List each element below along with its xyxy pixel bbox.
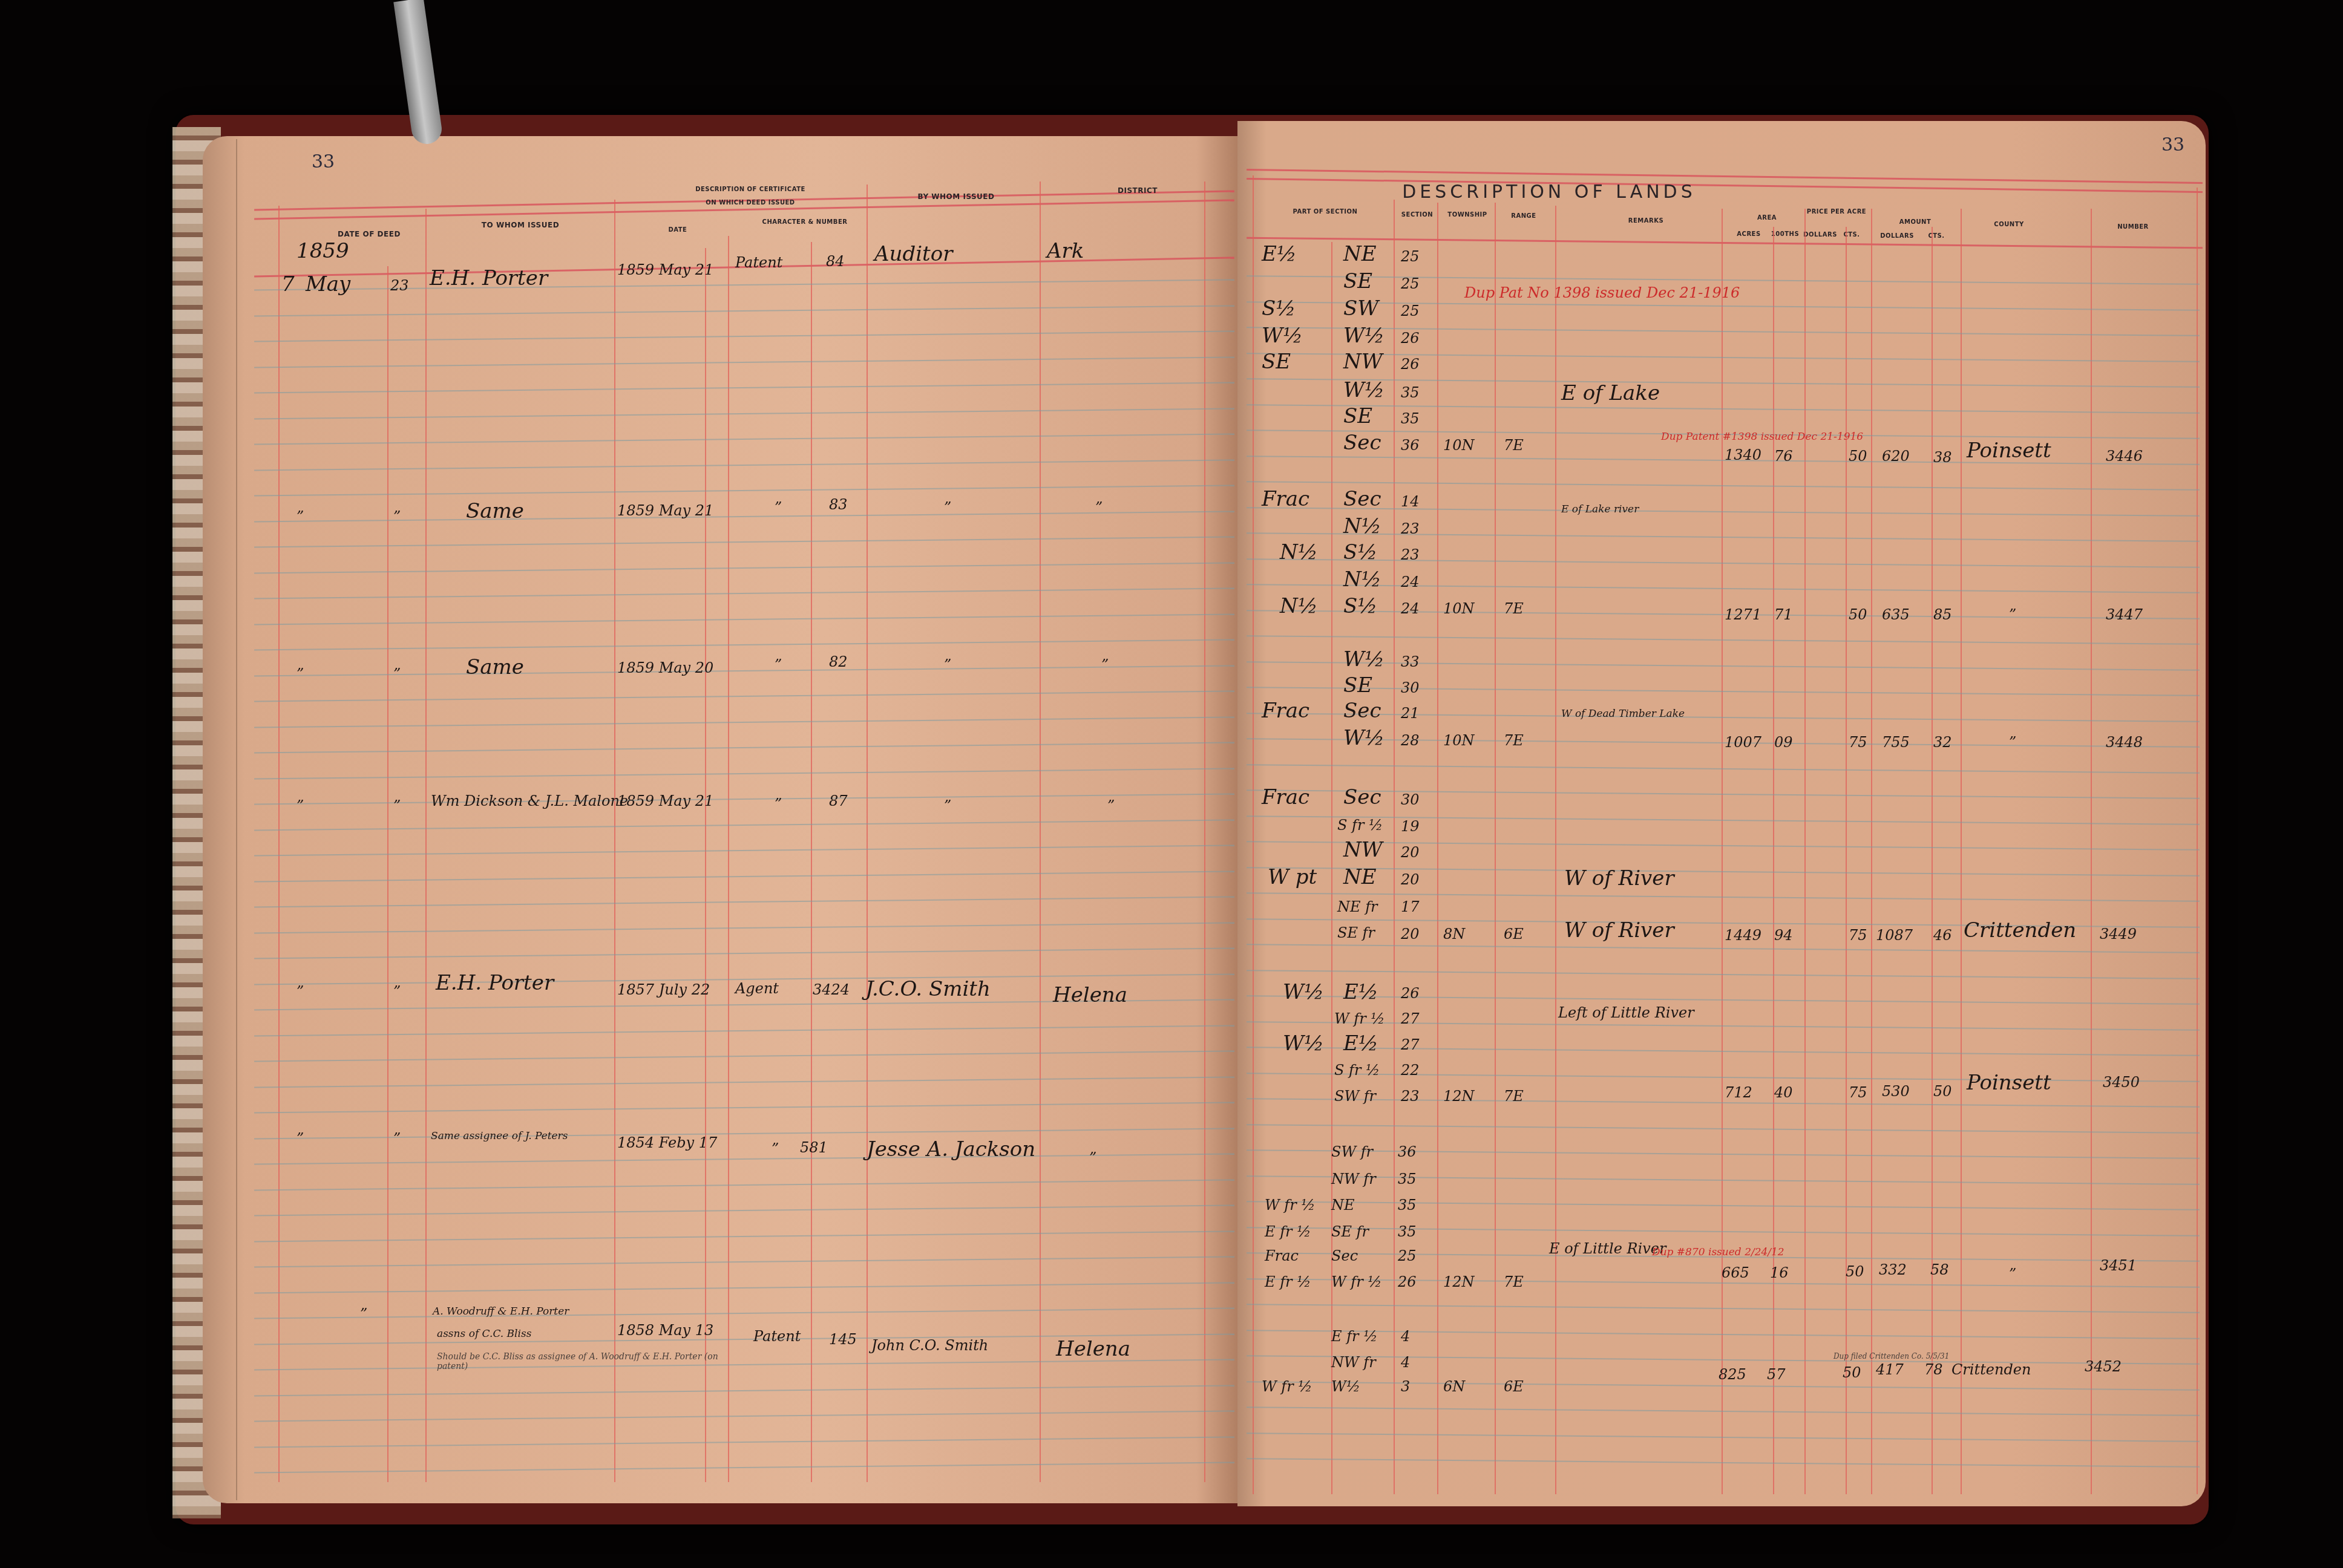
column-rule [1846, 227, 1847, 1494]
entry-to-whom: E.H. Porter [430, 266, 548, 290]
entry-month: ” [393, 1130, 401, 1147]
land-part2: SE [1343, 269, 1372, 293]
entry-cert-date: 1859 May 20 [617, 659, 713, 676]
entry-number: 3450 [2103, 1074, 2140, 1091]
entry-county: ” [2009, 1266, 2016, 1282]
entry-character: ” [775, 795, 782, 812]
column-rule [2197, 188, 2198, 1494]
column-rule [2091, 209, 2092, 1494]
column-rule [1040, 181, 1041, 1482]
header-township: Township [1443, 212, 1492, 218]
entry-district: ” [1107, 797, 1115, 814]
entry-remarks: W of River [1564, 866, 1674, 890]
entry-amount-dollars: 332 [1879, 1261, 1907, 1278]
entry-cert-date: 1854 Feby 17 [617, 1134, 717, 1151]
land-section: 24 [1401, 600, 1420, 617]
column-rule [387, 266, 388, 1482]
entry-acres: 1007 [1725, 734, 1761, 751]
header-cert-date: Date [641, 227, 714, 234]
entry-acres: 1271 [1725, 606, 1761, 623]
land-part1: Frac [1265, 1247, 1299, 1264]
entry-amount-cts: 58 [1930, 1261, 1949, 1278]
column-rule [1437, 203, 1438, 1494]
entry-county: Crittenden [1951, 1361, 2031, 1378]
land-part1: W½ [1262, 324, 1303, 348]
land-part1: Frac [1262, 699, 1309, 723]
header-by-whom-issued: By Whom Issued [890, 192, 1023, 201]
land-section: 14 [1401, 493, 1420, 510]
land-part2: NE [1343, 242, 1377, 266]
entry-hundredths: 71 [1774, 606, 1793, 623]
entry-number: 3449 [2100, 926, 2137, 942]
entry-district: Helena [1053, 983, 1127, 1007]
entry-margin: ” [297, 797, 304, 814]
entry-hundredths: 57 [1767, 1366, 1786, 1383]
land-township: 12N [1443, 1273, 1475, 1290]
column-rule [1773, 227, 1774, 1494]
entry-cert-number: 84 [826, 253, 845, 270]
land-part1: W½ [1283, 1031, 1324, 1056]
header-description-certificate: Description of Certificate [641, 186, 859, 193]
header-amount-cts: Cts. [1924, 233, 1948, 240]
column-rule [278, 206, 280, 1482]
land-section: 20 [1401, 926, 1420, 942]
land-part1: W fr ½ [1265, 1197, 1316, 1214]
land-part2: W½ [1343, 324, 1384, 348]
land-part2: SE fr [1331, 1223, 1369, 1240]
land-part2: NE fr [1337, 898, 1378, 915]
entry-hundredths: 94 [1774, 927, 1793, 944]
land-section: 35 [1398, 1223, 1417, 1240]
land-section: 26 [1401, 356, 1420, 373]
header-acres: Acres [1731, 231, 1767, 238]
land-range: 7E [1504, 732, 1524, 749]
land-section: 35 [1401, 384, 1420, 401]
entry-remarks: E of Little River [1549, 1240, 1666, 1257]
entry-number: 3452 [2085, 1358, 2122, 1375]
entry-hundredths: 40 [1774, 1084, 1793, 1101]
land-part2: S fr ½ [1337, 817, 1383, 834]
land-part2: W½ [1331, 1378, 1360, 1395]
column-rule [1555, 206, 1556, 1494]
entry-to-whom: Same assignee of J. Peters [431, 1130, 568, 1142]
entry-cert-date: 1858 May 13 [617, 1322, 713, 1339]
header-county: County [1961, 221, 2057, 228]
header-price-dollars: Dollars [1802, 232, 1838, 238]
land-township: 12N [1443, 1088, 1475, 1105]
land-part2: Sec [1343, 785, 1381, 809]
entry-amount-dollars: 530 [1882, 1083, 1910, 1100]
right-page-number: 33 [2161, 134, 2184, 155]
entry-month: ” [393, 797, 401, 814]
entry-county: Poinsett [1967, 439, 2051, 463]
header-part-of-section: Part of Section [1259, 209, 1392, 215]
land-section: 25 [1401, 275, 1420, 292]
entry-amount-cts: 85 [1933, 606, 1952, 623]
entry-margin: ” [297, 983, 304, 1000]
entry-amount-dollars: 1087 [1876, 927, 1913, 944]
land-part2: NW [1343, 838, 1383, 862]
header-price-per-acre: Price per Acre [1803, 209, 1870, 215]
entry-by-whom: ” [944, 499, 951, 516]
land-part2: W fr ½ [1331, 1273, 1382, 1290]
entry-remarks: W of Dead Timber Lake [1561, 708, 1685, 720]
land-range: 6E [1504, 1378, 1524, 1395]
land-part1: W pt [1268, 865, 1317, 889]
entry-to-whom: Wm Dickson & J.L. Malone [431, 792, 628, 809]
entry-acres: 665 [1722, 1264, 1749, 1281]
land-part2: W fr ½ [1334, 1010, 1385, 1027]
entry-to-whom-line2: assns of C.C. Bliss [437, 1328, 531, 1340]
entry-county: ” [2009, 606, 2016, 623]
land-section: 35 [1401, 410, 1420, 427]
land-township: 8N [1443, 926, 1465, 942]
entry-amount-dollars: 417 [1876, 1361, 1904, 1378]
entry-hundredths: 09 [1774, 734, 1793, 751]
column-rule [1204, 181, 1205, 1482]
land-part2: Sec [1343, 699, 1381, 723]
entry-district: ” [1089, 1149, 1096, 1166]
entry-remarks: Left of Little River [1558, 1004, 1694, 1021]
entry-amount-dollars: 620 [1882, 448, 1910, 465]
entry-cert-number: 145 [829, 1331, 857, 1348]
entry-number: 3451 [2100, 1257, 2137, 1274]
entry-cert-number: 581 [800, 1139, 828, 1156]
land-part2: W½ [1343, 726, 1384, 750]
red-dup-note: Dup #870 issued 2/24/12 [1652, 1246, 1784, 1258]
land-part1: E fr ½ [1265, 1223, 1311, 1240]
land-range: 6E [1504, 926, 1524, 942]
land-section: 19 [1401, 818, 1420, 835]
entry-by-whom: ” [944, 797, 951, 814]
land-township: 6N [1443, 1378, 1465, 1395]
header-remarks: Remarks [1597, 218, 1694, 224]
entry-cert-number: 87 [829, 792, 848, 809]
entry-acres: 712 [1725, 1084, 1752, 1101]
header-price-cts: Cts. [1840, 232, 1864, 238]
land-section: 36 [1401, 437, 1420, 454]
entry-amount-dollars: 755 [1882, 734, 1910, 751]
entry-margin: 7 [281, 272, 295, 296]
header-amount-dollars: Dollars [1876, 233, 1918, 240]
column-rule [1871, 209, 1872, 1494]
column-rule [867, 185, 868, 1482]
column-rule [1722, 209, 1723, 1494]
land-section: 35 [1398, 1197, 1417, 1214]
entry-character: Patent [735, 254, 782, 271]
land-part1: N½ [1280, 540, 1318, 564]
land-section: 33 [1401, 653, 1420, 670]
entry-number: 3446 [2106, 448, 2143, 465]
land-part2: SE [1343, 404, 1372, 428]
land-part2: SW fr [1334, 1088, 1376, 1105]
entry-by-whom: Jesse A. Jackson [867, 1137, 1035, 1161]
column-rule [1961, 209, 1962, 1494]
land-part2: NW [1343, 350, 1383, 374]
land-section: 25 [1401, 302, 1420, 319]
entry-price-cts: 75 [1849, 927, 1867, 944]
land-part1: E½ [1262, 242, 1297, 266]
entry-remarks: E of Lake [1561, 381, 1660, 405]
entry-price-cts: 75 [1849, 734, 1867, 751]
entry-amount-cts: 78 [1924, 1361, 1943, 1378]
entry-district: Helena [1056, 1337, 1130, 1361]
land-section: 36 [1398, 1143, 1417, 1160]
header-to-whom-issued: To Whom Issued [448, 221, 593, 229]
entry-amount-cts: 46 [1933, 927, 1952, 944]
land-section: 4 [1401, 1328, 1410, 1345]
entry-month: ” [393, 508, 401, 525]
land-part1: W fr ½ [1262, 1378, 1312, 1395]
entry-amount-cts: 38 [1933, 449, 1952, 466]
entry-margin: ” [360, 1305, 367, 1322]
land-part1: N½ [1280, 594, 1318, 618]
land-part2: Sec [1343, 487, 1381, 511]
entry-character: Patent [753, 1328, 801, 1345]
land-section: 23 [1401, 520, 1420, 537]
entry-to-whom: E.H. Porter [436, 971, 554, 995]
entry-price-cts: 50 [1849, 606, 1867, 623]
entry-margin: ” [297, 1130, 304, 1147]
column-rule [705, 248, 706, 1482]
land-part2: NE [1331, 1197, 1355, 1214]
entry-acres: 1449 [1725, 927, 1761, 944]
left-page-number: 33 [312, 151, 335, 172]
entry-price-cts: 50 [1843, 1364, 1861, 1381]
land-part2: NE [1343, 865, 1377, 889]
entry-by-whom: J.C.O. Smith [865, 977, 991, 1001]
land-section: 20 [1401, 844, 1420, 861]
header-section: Section [1399, 212, 1435, 218]
land-part2: Sec [1331, 1247, 1358, 1264]
land-section: 30 [1401, 679, 1420, 696]
land-range: 7E [1504, 1273, 1524, 1290]
entry-month: ” [393, 983, 401, 1000]
header-character-number: Character & Number [744, 219, 865, 226]
land-section: 28 [1401, 732, 1420, 749]
entry-price-cts: 50 [1846, 1263, 1864, 1280]
land-part2: Sec [1343, 431, 1381, 455]
land-section: 27 [1401, 1036, 1420, 1053]
header-100ths: 100ths [1770, 231, 1800, 238]
header-date-of-deed: Date of Deed [315, 230, 424, 238]
land-section: 26 [1398, 1273, 1417, 1290]
land-part2: N½ [1343, 514, 1381, 538]
entry-cert-date: 1857 July 22 [617, 981, 710, 998]
header-range: Range [1499, 213, 1548, 220]
entry-county: ” [2009, 734, 2016, 751]
land-part2: E fr ½ [1331, 1328, 1377, 1345]
land-section: 26 [1401, 330, 1420, 347]
land-section: 22 [1401, 1062, 1420, 1079]
entry-acres: 1340 [1725, 446, 1761, 463]
entry-cert-number: 83 [829, 496, 848, 513]
land-section: 17 [1401, 898, 1420, 915]
land-part2: E½ [1343, 1031, 1378, 1056]
entry-month: ” [393, 665, 401, 682]
pencil-dup-filed-note: Dup filed Crittenden Co. 5/5/31 [1833, 1352, 1949, 1361]
land-part2: S fr ½ [1334, 1062, 1380, 1079]
column-rule [728, 236, 729, 1482]
header-number: Number [2100, 224, 2166, 230]
header-area: Area [1737, 215, 1797, 221]
land-range: 7E [1504, 1088, 1524, 1105]
land-part2: S½ [1343, 594, 1377, 618]
entry-by-whom: John C.O. Smith [871, 1337, 988, 1354]
entry-cert-date: 1859 May 21 [617, 502, 713, 519]
entry-by-whom: Auditor [874, 242, 952, 266]
land-part2: E½ [1343, 980, 1378, 1004]
land-part2: SW [1343, 296, 1378, 321]
entry-price-cts: 75 [1849, 1084, 1867, 1101]
land-section: 24 [1401, 573, 1420, 590]
entry-cert-number: 3424 [813, 981, 850, 998]
land-section: 23 [1401, 546, 1420, 563]
entry-remarks: W of River [1564, 918, 1674, 942]
land-part2: NW fr [1331, 1171, 1376, 1187]
red-dup-patent-note: Dup Pat No 1398 issued Dec 21-1916 [1464, 284, 1740, 301]
land-part1: W½ [1283, 980, 1324, 1004]
header-on-which-deed-issued: On Which Deed Issued [641, 200, 859, 206]
land-section: 21 [1401, 705, 1420, 722]
column-rule [811, 242, 812, 1482]
entry-month: May [306, 272, 350, 296]
entry-amount-dollars: 635 [1882, 606, 1910, 623]
land-section: 23 [1401, 1088, 1420, 1105]
entry-number: 3448 [2106, 734, 2143, 751]
entry-county: Crittenden [1964, 918, 2076, 942]
land-range: 7E [1504, 437, 1524, 454]
entry-cert-date: 1859 May 21 [617, 261, 713, 278]
entry-price-cts: 50 [1849, 448, 1867, 465]
entry-margin: ” [297, 508, 304, 525]
entry-amount-cts: 50 [1933, 1083, 1952, 1100]
entry-character: ” [775, 499, 782, 516]
land-township: 10N [1443, 732, 1475, 749]
entry-day: 23 [390, 277, 409, 294]
column-rule [1804, 209, 1806, 1494]
land-part2: S½ [1343, 540, 1377, 564]
entry-county: Poinsett [1967, 1071, 2051, 1095]
land-part2: NW fr [1331, 1354, 1376, 1371]
land-section: 25 [1401, 248, 1420, 265]
column-rule [1495, 203, 1496, 1494]
red-dup-patent-note: Dup Patent #1398 issued Dec 21-1916 [1661, 431, 1863, 443]
pencil-correction-note: Should be C.C. Bliss as assignee of A. W… [437, 1352, 752, 1371]
land-section: 3 [1401, 1378, 1410, 1395]
entry-district: ” [1095, 499, 1103, 516]
land-part1: Frac [1262, 785, 1309, 809]
land-section: 30 [1401, 791, 1420, 808]
land-part1: E fr ½ [1265, 1273, 1311, 1290]
land-part2: SE [1343, 673, 1372, 697]
page-stack-edge [200, 139, 237, 1500]
land-part2: SW fr [1331, 1143, 1373, 1160]
land-part2: N½ [1343, 567, 1381, 592]
entry-hundredths: 16 [1770, 1264, 1789, 1281]
header-district: District [1077, 186, 1198, 195]
land-part1: Frac [1262, 487, 1309, 511]
left-page [203, 136, 1237, 1503]
entry-remarks: E of Lake river [1561, 503, 1639, 515]
entry-to-whom: Same [466, 499, 524, 523]
land-township: 10N [1443, 600, 1475, 617]
land-part2: W½ [1343, 378, 1384, 402]
entry-by-whom: ” [944, 656, 951, 673]
land-section: 20 [1401, 871, 1420, 888]
land-section: 4 [1401, 1354, 1410, 1371]
entry-amount-cts: 32 [1933, 734, 1952, 751]
land-township: 10N [1443, 437, 1475, 454]
header-description-of-lands: Description of Lands [1392, 181, 1706, 203]
land-section: 27 [1401, 1010, 1420, 1027]
land-section: 35 [1398, 1171, 1417, 1187]
year-heading: 1859 [297, 239, 349, 263]
land-part2: SE fr [1337, 924, 1375, 941]
column-rule [1394, 200, 1395, 1494]
entry-margin: ” [297, 665, 304, 682]
entry-character: ” [772, 1140, 779, 1157]
header-amount: Amount [1876, 219, 1955, 226]
column-rule [1932, 227, 1933, 1494]
entry-character: ” [775, 656, 782, 673]
entry-district: Ark [1047, 239, 1084, 263]
entry-cert-date: 1859 May 21 [617, 792, 713, 809]
entry-character: Agent [735, 980, 779, 997]
column-rule [1253, 175, 1254, 1494]
entry-to-whom: Same [466, 655, 524, 679]
land-range: 7E [1504, 600, 1524, 617]
land-section: 25 [1398, 1247, 1417, 1264]
entry-hundredths: 76 [1774, 448, 1793, 465]
land-part1: S½ [1262, 296, 1296, 321]
entry-number: 3447 [2106, 606, 2143, 623]
entry-cert-number: 82 [829, 653, 848, 670]
land-part2: W½ [1343, 647, 1384, 671]
entry-to-whom: A. Woodruff & E.H. Porter [433, 1305, 569, 1318]
entry-acres: 825 [1719, 1366, 1746, 1383]
entry-district: ” [1101, 656, 1109, 673]
land-section: 26 [1401, 985, 1420, 1002]
land-part1: SE [1262, 350, 1291, 374]
